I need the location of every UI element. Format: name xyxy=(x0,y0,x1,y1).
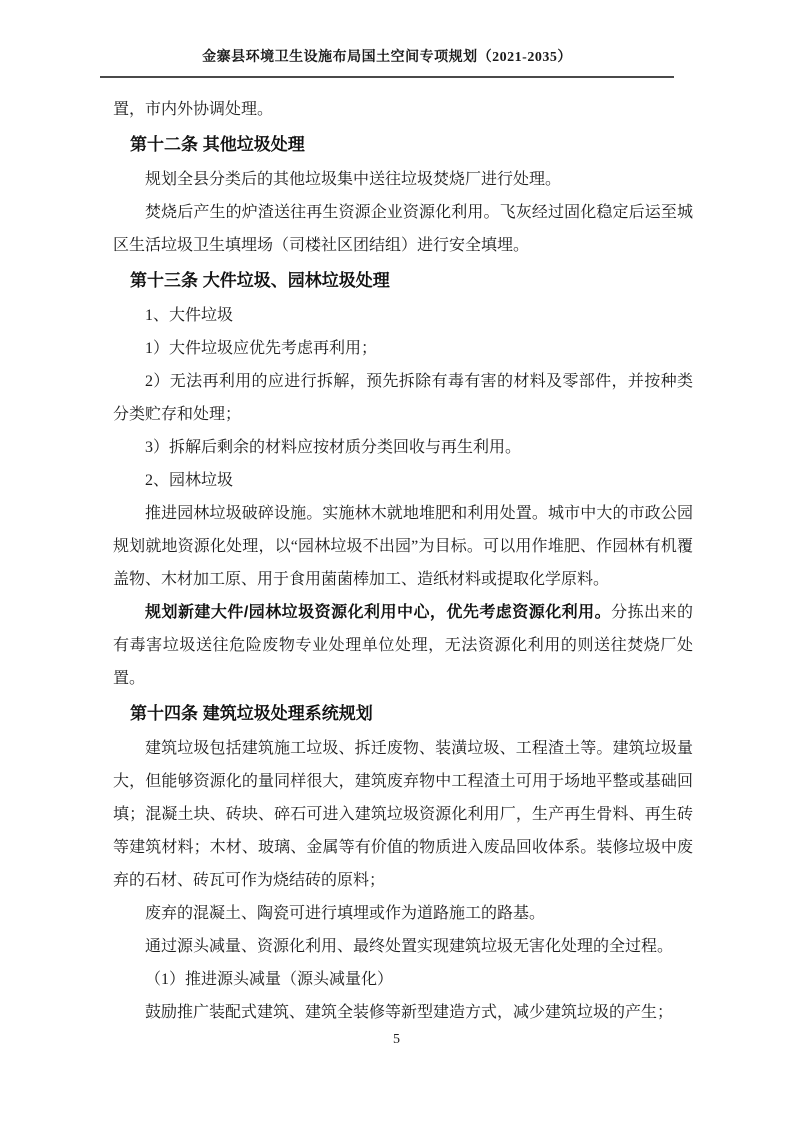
paragraph: 通过源头减量、资源化利用、最终处置实现建筑垃圾无害化处理的全过程。 xyxy=(113,930,693,963)
list-item: 1、大件垃圾 xyxy=(113,299,693,332)
list-item: （1）推进源头减量（源头减量化） xyxy=(113,963,693,996)
paragraph-with-bold-lead: 规划新建大件/园林垃圾资源化利用中心，优先考虑资源化利用。分拣出来的有毒害垃圾送… xyxy=(113,596,693,695)
paragraph: 规划全县分类后的其他垃圾集中送往垃圾焚烧厂进行处理。 xyxy=(113,163,693,196)
bold-lead-sentence: 规划新建大件/园林垃圾资源化利用中心，优先考虑资源化利用。 xyxy=(145,604,611,621)
paragraph: 废弃的混凝土、陶瓷可进行填埋或作为道路施工的路基。 xyxy=(113,897,693,930)
list-item: 2、园林垃圾 xyxy=(113,464,693,497)
paragraph: 焚烧后产生的炉渣送往再生资源企业资源化利用。飞灰经过固化稳定后运至城区生活垃圾卫… xyxy=(113,196,693,262)
document-body: 置，市内外协调处理。第十二条 其他垃圾处理规划全县分类后的其他垃圾集中送往垃圾焚… xyxy=(113,93,693,1029)
list-item: 2）无法再利用的应进行拆解，预先拆除有毒有害的材料及零部件，并按种类分类贮存和处… xyxy=(113,365,693,431)
list-item: 1）大件垃圾应优先考虑再利用； xyxy=(113,332,693,365)
clause-heading-12: 第十二条 其他垃圾处理 xyxy=(113,128,693,161)
paragraph-continuation: 置，市内外协调处理。 xyxy=(113,93,693,126)
document-header-title: 金寨县环境卫生设施布局国土空间专项规划（2021-2035） xyxy=(100,48,674,78)
list-item: 3）拆解后剩余的材料应按材质分类回收与再生利用。 xyxy=(113,431,693,464)
paragraph: 推进园林垃圾破碎设施。实施林木就地堆肥和利用处置。城市中大的市政公园规划就地资源… xyxy=(113,497,693,596)
document-page: 金寨县环境卫生设施布局国土空间专项规划（2021-2035） 置，市内外协调处理… xyxy=(0,0,793,1122)
page-number: 5 xyxy=(0,1030,793,1050)
paragraph: 建筑垃圾包括建筑施工垃圾、拆迁废物、装潢垃圾、工程渣土等。建筑垃圾量大，但能够资… xyxy=(113,732,693,897)
clause-heading-13: 第十三条 大件垃圾、园林垃圾处理 xyxy=(113,264,693,297)
clause-heading-14: 第十四条 建筑垃圾处理系统规划 xyxy=(113,697,693,730)
paragraph: 鼓励推广装配式建筑、建筑全装修等新型建造方式，减少建筑垃圾的产生； xyxy=(113,996,693,1029)
